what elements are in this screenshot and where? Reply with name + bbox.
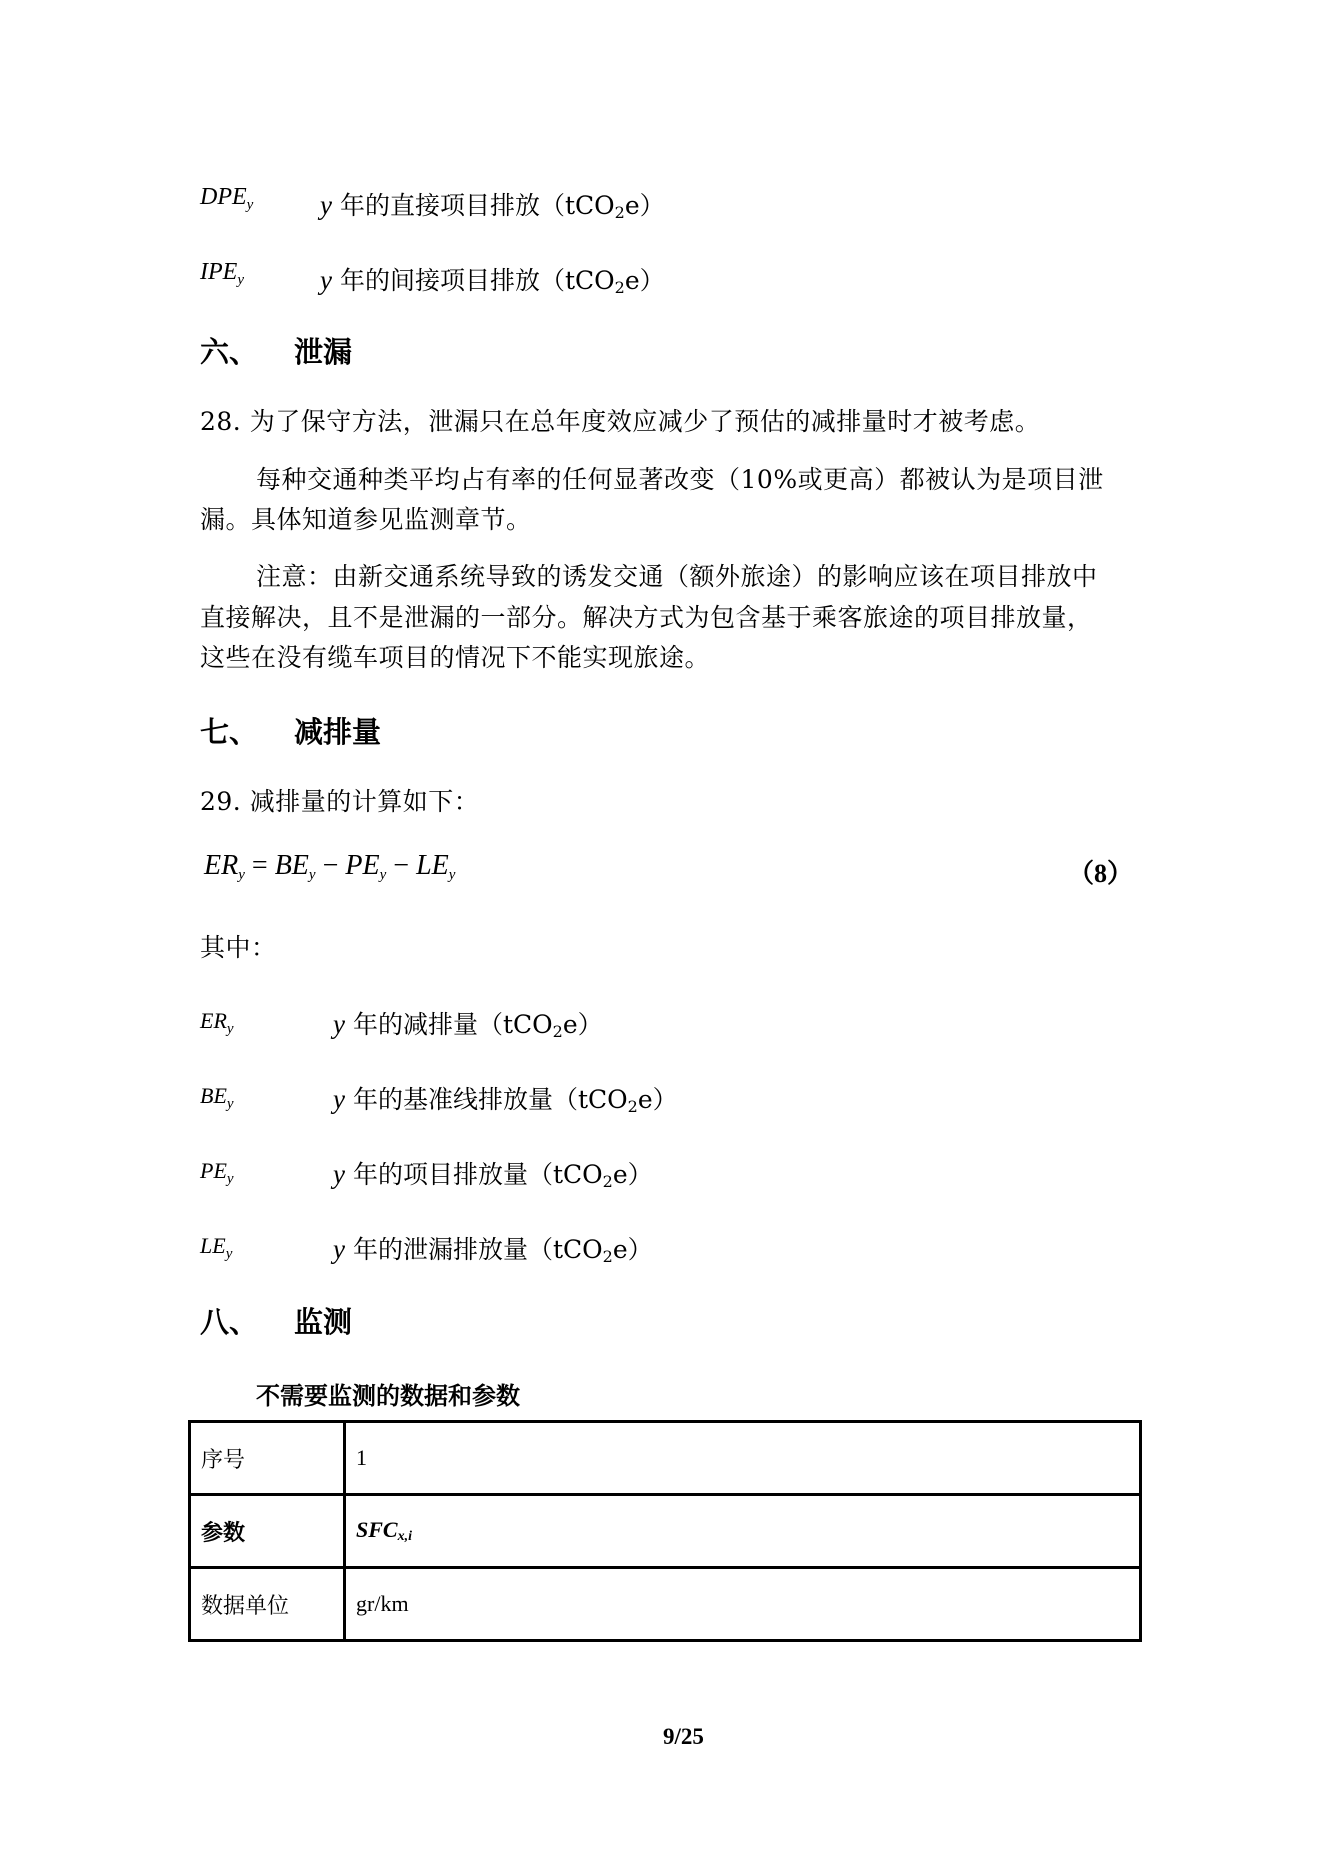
definition-be-text: y 年的基准线排放量（tCO2e） [333, 1080, 678, 1116]
table-label-unit: 数据单位 [190, 1568, 345, 1641]
section-heading-monitoring: 八、监测 [200, 1300, 352, 1341]
definition-pe-text: y 年的项目排放量（tCO2e） [333, 1155, 653, 1191]
definition-pe-symbol: PEy [200, 1158, 234, 1188]
parameter-table: 序号 1 参数 SFCx,i 数据单位 gr/km [188, 1420, 1142, 1642]
where-label: 其中： [200, 928, 277, 968]
formula-emission-reductions: ERy = BEy − PEy − LEy [204, 850, 455, 884]
definition-dpe: DPEy [200, 184, 253, 214]
definition-be-symbol: BEy [200, 1083, 234, 1113]
paragraph-leakage-change-line1: 每种交通种类平均占有率的任何显著改变（10%或更高）都被认为是项目泄 [256, 460, 1104, 500]
table-value-parameter: SFCx,i [345, 1495, 1141, 1568]
paragraph-note-line3: 这些在没有缆车项目的情况下不能实现旅途。 [200, 638, 710, 678]
subheading-data-not-monitored: 不需要监测的数据和参数 [256, 1376, 520, 1411]
paragraph-leakage-change-line2: 漏。具体知道参见监测章节。 [200, 500, 532, 540]
table-label-serial: 序号 [190, 1422, 345, 1495]
table-row: 序号 1 [190, 1422, 1141, 1495]
definition-le-text: y 年的泄漏排放量（tCO2e） [333, 1230, 653, 1266]
symbol: DPEy [200, 184, 253, 210]
table-value-serial: 1 [345, 1422, 1141, 1495]
definition-er-text: y 年的减排量（tCO2e） [333, 1005, 603, 1041]
paragraph-28: 28. 为了保守方法，泄漏只在总年度效应减少了预估的减排量时才被考虑。 [200, 402, 1040, 442]
section-heading-emission-reductions: 七、减排量 [200, 710, 381, 751]
paragraph-29: 29. 减排量的计算如下： [200, 782, 479, 822]
paragraph-note-line1: 注意：由新交通系统导致的诱发交通（额外旅途）的影响应该在项目排放中 [256, 557, 1098, 597]
table-label-parameter: 参数 [190, 1495, 345, 1568]
table-row: 数据单位 gr/km [190, 1568, 1141, 1641]
table-value-unit: gr/km [345, 1568, 1141, 1641]
definition-dpe-text: y 年的直接项目排放（tCO2e） [320, 186, 665, 222]
symbol: IPEy [200, 259, 244, 285]
section-heading-leakage: 六、泄漏 [200, 330, 352, 371]
definition-ipe-text: y 年的间接项目排放（tCO2e） [320, 261, 665, 297]
definition-le-symbol: LEy [200, 1233, 232, 1263]
paragraph-note-line2: 直接解决，且不是泄漏的一部分。解决方式为包含基于乘客旅途的项目排放量， [200, 598, 1093, 638]
table-row: 参数 SFCx,i [190, 1495, 1141, 1568]
equation-number: （8） [1068, 853, 1133, 890]
definition-ipe: IPEy [200, 259, 244, 289]
page-number: 9/25 [663, 1724, 704, 1750]
definition-er-symbol: ERy [200, 1008, 234, 1038]
